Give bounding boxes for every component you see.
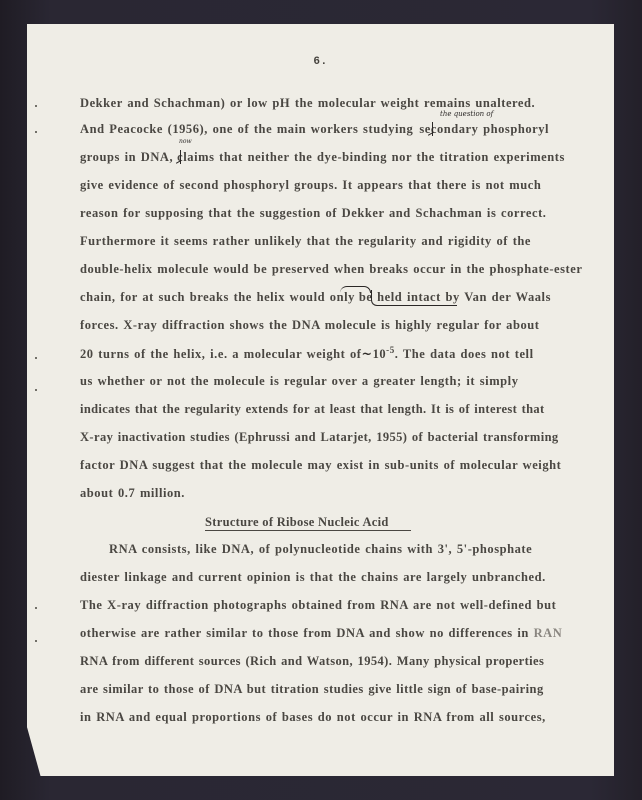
margin-mark xyxy=(35,607,37,609)
text-segment: secondary phosphoryl xyxy=(419,122,549,136)
text-segment: claims that neither the dye-binding nor … xyxy=(177,150,565,164)
text-line: forces. X-ray diffraction shows the DNA … xyxy=(80,318,540,333)
text-line: are similar to those of DNA but titratio… xyxy=(80,682,544,697)
transposition-mark-bottom xyxy=(371,290,457,306)
text-line: reason for supposing that the suggestion… xyxy=(80,206,546,221)
text-line: RNA consists, like DNA, of polynucleotid… xyxy=(109,542,532,557)
text-line: diester linkage and current opinion is t… xyxy=(80,570,546,585)
margin-mark xyxy=(35,105,37,107)
margin-mark xyxy=(35,389,37,391)
approx-symbol: ~ xyxy=(362,346,373,361)
text-line: otherwise are rather similar to those fr… xyxy=(80,626,562,641)
text-line: about 0.7 million. xyxy=(80,486,185,501)
text-segment: groups in DNA, xyxy=(80,150,173,164)
text-line: groups in DNA,claims that neither the dy… xyxy=(80,150,565,165)
insertion-caret-icon xyxy=(180,150,186,164)
text-line: 20 turns of the helix, i.e. a molecular … xyxy=(80,346,534,362)
margin-mark xyxy=(35,131,37,133)
text-line: give evidence of second phosphoryl group… xyxy=(80,178,541,193)
page-number: 6. xyxy=(27,56,614,68)
text-line: us whether or not the molecule is regula… xyxy=(80,374,519,389)
text-segment: otherwise are rather similar to those fr… xyxy=(80,626,529,640)
handwritten-insertion: the question of xyxy=(440,110,493,118)
text-line: chain, for at such breaks the helix woul… xyxy=(80,290,551,305)
margin-mark xyxy=(35,357,37,359)
transposition-mark-top xyxy=(340,286,371,293)
text-segment: 20 turns of the helix, i.e. a molecular … xyxy=(80,347,362,361)
text-line: The X-ray diffraction photographs obtain… xyxy=(80,598,556,613)
text-segment: chain, for at such breaks the helix woul… xyxy=(80,290,355,304)
text-line: Dekker and Schachman) or low pH the mole… xyxy=(80,96,535,111)
text-line: RNA from different sources (Rich and Wat… xyxy=(80,654,544,669)
margin-mark xyxy=(35,640,37,642)
handwritten-insertion: now xyxy=(179,138,192,145)
text-segment: . The data does not tell xyxy=(395,347,534,361)
typewritten-page: 6. Dekker and Schachman) or low pH the m… xyxy=(27,24,614,776)
text-segment: And Peacocke (1956), one of the main wor… xyxy=(80,122,413,136)
exponent: -5 xyxy=(386,345,395,355)
exponent-base: 10 xyxy=(373,347,387,361)
section-heading: Structure of Ribose Nucleic Acid xyxy=(205,514,411,531)
struck-out-text: RAN xyxy=(534,626,563,640)
text-line: factor DNA suggest that the molecule may… xyxy=(80,458,561,473)
text-line: And Peacocke (1956), one of the main wor… xyxy=(80,122,549,137)
text-line: indicates that the regularity extends fo… xyxy=(80,402,545,417)
insertion-caret-icon xyxy=(432,122,438,136)
text-line: Furthermore it seems rather unlikely tha… xyxy=(80,234,531,249)
text-line: in RNA and equal proportions of bases do… xyxy=(80,710,546,725)
text-segment: by Van der Waals xyxy=(441,290,551,304)
text-line: double-helix molecule would be preserved… xyxy=(80,262,582,277)
text-line: X-ray inactivation studies (Ephrussi and… xyxy=(80,430,559,445)
